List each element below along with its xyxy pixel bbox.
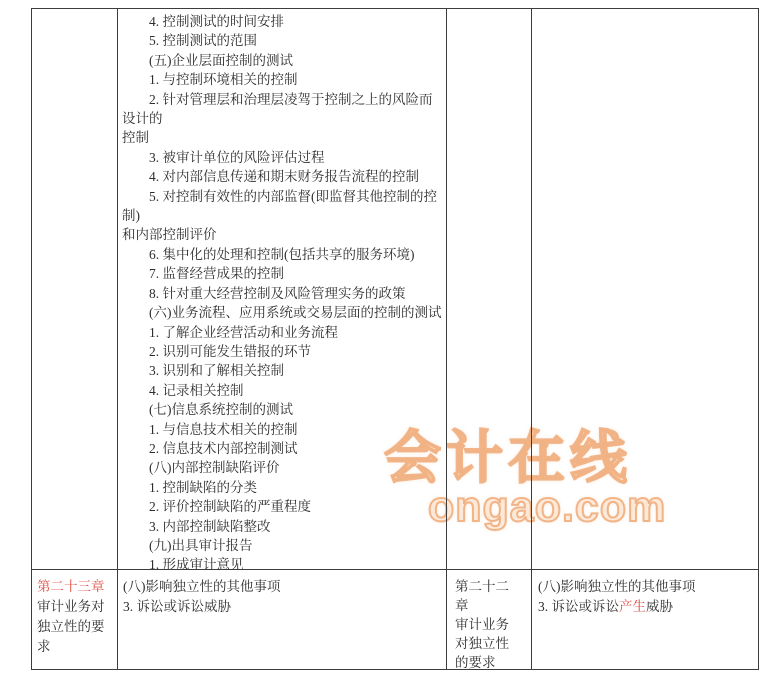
syllabus-item: 2. 信息技术内部控制测试 — [122, 439, 442, 458]
syllabus-item: (六)业务流程、应用系统或交易层面的控制的测试 — [122, 303, 442, 322]
syllabus-item: 1. 形成审计意见 — [122, 555, 442, 570]
syllabus-comparison-table: 4. 控制测试的时间安排 5. 控制测试的范围 (五)企业层面控制的测试 1. … — [31, 8, 759, 670]
old-content-heading: (八)影响独立性的其他事项 — [538, 577, 752, 597]
syllabus-item: 2. 针对管理层和治理层凌驾于控制之上的风险而设计的 控制 — [122, 90, 442, 148]
syllabus-item: (五)企业层面控制的测试 — [122, 51, 442, 70]
syllabus-item: 4. 控制测试的时间安排 — [122, 12, 442, 31]
old-item-highlight: 产生 — [619, 599, 646, 614]
syllabus-item: 1. 与控制环境相关的控制 — [122, 70, 442, 89]
old-item-prefix: 3. 诉讼或诉讼 — [538, 599, 619, 614]
table-cell-row1-old-content-empty — [532, 9, 758, 570]
syllabus-item: (九)出具审计报告 — [122, 536, 442, 555]
syllabus-item: 5. 控制测试的范围 — [122, 31, 442, 50]
syllabus-item: 4. 对内部信息传递和期末财务报告流程的控制 — [122, 167, 442, 186]
old-content-cell: (八)影响独立性的其他事项 3. 诉讼或诉讼产生威胁 — [532, 570, 758, 669]
old-chapter-number: 第二十二 章 — [455, 577, 527, 615]
syllabus-item: 1. 了解企业经营活动和业务流程 — [122, 323, 442, 342]
syllabus-item: 3. 内部控制缺陷整改 — [122, 517, 442, 536]
table-cell-row1-chapter-empty — [32, 9, 118, 570]
new-chapter-title: 审计业务对 独立性的要 求 — [37, 597, 114, 657]
syllabus-item: 2. 识别可能发生错报的环节 — [122, 342, 442, 361]
syllabus-item: 5. 对控制有效性的内部监督(即监督其他控制的控制) 和内部控制评价 — [122, 187, 442, 245]
old-chapter-cell: 第二十二 章 审计业务 对独立性 的要求 — [447, 570, 532, 669]
old-item-suffix: 威胁 — [646, 599, 673, 614]
syllabus-item: 1. 控制缺陷的分类 — [122, 478, 442, 497]
syllabus-item: 1. 与信息技术相关的控制 — [122, 420, 442, 439]
syllabus-item: 3. 被审计单位的风险评估过程 — [122, 148, 442, 167]
syllabus-item-list: 4. 控制测试的时间安排 5. 控制测试的范围 (五)企业层面控制的测试 1. … — [118, 9, 447, 570]
table-cell-row1-old-chapter-empty — [447, 9, 532, 570]
document-page: 会计在线 ongao.com 4. 控制测试的时间安排 5. 控制测试的范围 (… — [0, 0, 779, 690]
syllabus-item: (八)内部控制缺陷评价 — [122, 458, 442, 477]
syllabus-item: 2. 评价控制缺陷的严重程度 — [122, 497, 442, 516]
old-content-item: 3. 诉讼或诉讼产生威胁 — [538, 597, 752, 617]
syllabus-item: 6. 集中化的处理和控制(包括共享的服务环境) — [122, 245, 442, 264]
syllabus-item: 8. 针对重大经营控制及风险管理实务的政策 — [122, 284, 442, 303]
old-chapter-title: 审计业务 对独立性 的要求 — [455, 615, 527, 669]
new-content-heading: (八)影响独立性的其他事项 — [123, 577, 440, 597]
new-content-item: 3. 诉讼或诉讼威胁 — [123, 597, 440, 617]
syllabus-item: (七)信息系统控制的测试 — [122, 400, 442, 419]
new-chapter-cell: 第二十三章 审计业务对 独立性的要 求 — [32, 570, 118, 669]
syllabus-item: 4. 记录相关控制 — [122, 381, 442, 400]
new-content-cell: (八)影响独立性的其他事项 3. 诉讼或诉讼威胁 — [118, 570, 447, 669]
syllabus-item: 3. 识别和了解相关控制 — [122, 361, 442, 380]
new-chapter-number: 第二十三章 — [37, 577, 114, 597]
syllabus-item: 7. 监督经营成果的控制 — [122, 264, 442, 283]
